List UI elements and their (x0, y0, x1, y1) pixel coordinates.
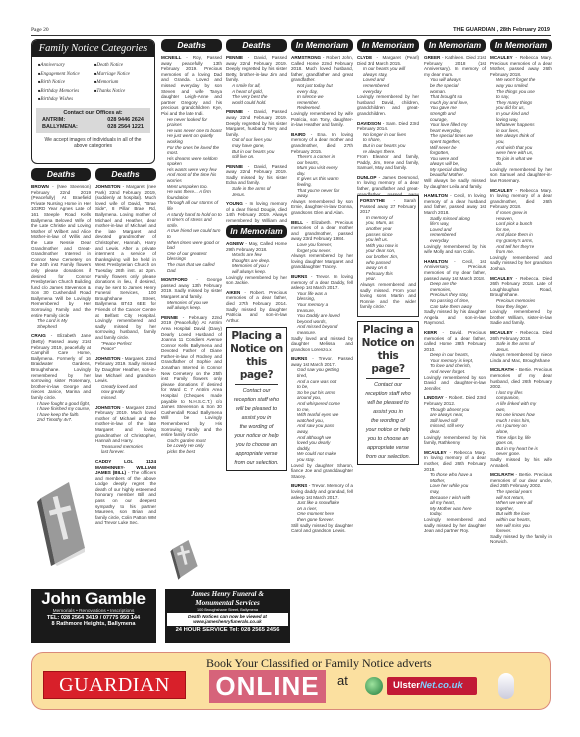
notice-body: BURNS - Trevor. Passed away 1st March 20… (291, 356, 353, 367)
deceased-name: DAVIDSON (357, 121, 381, 126)
notice-signoff: Lovingly remembered by son David and dau… (424, 375, 486, 392)
deceased-name: KERR (424, 330, 437, 335)
placing-body-line: appropriate verse (229, 450, 284, 459)
verse-line: He just went on quietly working (167, 133, 222, 144)
notice-body: MCAULEY - Rebecca. Died 26th February 20… (490, 330, 552, 341)
notice-body: JOHNSTON - Margaret (nee Park) 22nd Febr… (95, 184, 156, 341)
placing-title: this page? (229, 356, 284, 382)
section-header-deaths: Deaths (95, 168, 156, 181)
deceased-name: GREER (424, 55, 440, 60)
placing-body-line: the wording of (229, 423, 284, 432)
notice-entry: BAIRD - Ena. In loving memory of a dear … (291, 132, 353, 216)
notice-body: MCNEILL - Roy, Passed away peacefully 13… (161, 55, 222, 117)
notice-signoff: Sadly missed by his daughter Angela and … (424, 309, 486, 326)
guardian-online-banner[interactable]: Book Your Classified or Family Notice ad… (31, 652, 551, 710)
notice-verse: Memories of you wewill always keep. (161, 300, 222, 311)
notice-entry: PENNIE - David, Passed away 22nd Februar… (226, 55, 287, 105)
placing-notice-box: Placing aNotice onthis page?Contact ourr… (226, 327, 287, 471)
ulsternet-logo: UlsterNet.co.uk (387, 677, 477, 695)
notice-entry: MONTFORD - George passed away 13th Febru… (161, 277, 222, 311)
deceased-name: LINDSAY (424, 395, 444, 400)
section-header-deaths: Deaths (31, 168, 91, 181)
placing-body-line: you to choose an (229, 441, 284, 450)
deceased-name: MCAULEY (490, 55, 513, 60)
office-antrim: ANTRIM:028 9446 2624 (42, 117, 144, 124)
categories-title: Family Notice Categories (32, 40, 154, 57)
category-marriage[interactable]: Marriage Notice (94, 70, 150, 79)
placing-body-line: assist you in (360, 408, 416, 417)
advertiser-phone: 24 HOUR SERVICE Tel: 028 2565 2456 (165, 627, 290, 633)
notice-body: FORSYTHE - Sarah Passed away 27 February… (360, 198, 416, 215)
deceased-name: JOHNSTON (95, 356, 120, 361)
notice-entry: FORSYTHE - Sarah Passed away 27 February… (360, 198, 416, 310)
notice-entry: DAVIDSON - Sam. Died 23rd February 2014.… (357, 121, 419, 171)
deceased-name: MONTFORD (161, 277, 188, 282)
office-ballymena: BALLYMENA:028 2564 1221 (42, 124, 144, 131)
notice-verse: In memory ofyou, Mum, asanother yearpass… (360, 215, 416, 282)
notice-body: BAIRD - Ena. In loving memory of a dear … (291, 132, 353, 154)
deaths-column-3: Deaths MCNEILL - Roy, Passed away peacef… (161, 39, 222, 584)
advertiser-subtitle: Monumental Services (165, 598, 290, 607)
notice-verse: In our hearts you willalways stay,Loved … (357, 66, 419, 94)
verse-line: Jesus. (232, 192, 287, 198)
notice-verse: God saw you gettingtired,And a cure was … (291, 367, 353, 462)
notice-entry: PENNIE - February 22nd 2019 (Peacefully)… (161, 315, 222, 455)
placing-notice-box: Placing aNotice onthis page?Contact ourr… (357, 321, 419, 465)
notice-verse: Greatly loved andnow greatlymissed. (95, 384, 156, 401)
verse-line: I have fought a good fight, I have finis… (37, 401, 91, 418)
notice-entry: ARMSTRONG - Robert John, Called Home 22n… (291, 55, 353, 128)
deceased-name: CRAIG (31, 333, 46, 338)
verse-line: The man that we called Dad. (167, 262, 222, 273)
notice-body: BROWN - (Nee Steenson) February 22nd 201… (31, 184, 91, 318)
at-label: at (337, 673, 348, 688)
family-notice-categories: Family Notice Categories Anniversary Dea… (31, 39, 155, 164)
notice-verse: Deep in our hearts,Your memory is kept,T… (424, 352, 486, 374)
notice-entry: MCAULEY - Rebecca Mary. In loving memory… (424, 450, 486, 534)
deceased-name: YOUNG (226, 201, 243, 206)
placing-title: Notice on (229, 343, 284, 356)
notice-entry: GREER - Kathleen. Died 21st February 201… (424, 55, 486, 189)
notice-body: PENNIE - David, Passed away 22nd Februar… (226, 109, 287, 137)
verse-line: He was there... A firm foundation (167, 189, 222, 200)
notice-verse: Words are fewthoughts are deep.Memories … (226, 252, 287, 274)
bible-cross-icon (164, 532, 204, 582)
notice-body: MCILRATH - Bertie. Precious memories of … (490, 367, 552, 389)
notice-body: LINDSAY - Robert. Died 23rd February 201… (424, 395, 486, 406)
notice-verse: If roses grew inHeaven,Lord pick a bunch… (490, 210, 552, 255)
john-gamble-ad[interactable]: John Gamble Memorials • Renovations • In… (31, 589, 156, 643)
notice-signoff: Sadly missed by his wife Annabell. (490, 457, 552, 468)
notice-entry: JOHNSTON - Margaret (nee Park) 22nd Febr… (95, 184, 156, 352)
deceased-name: HAMILTON (424, 193, 448, 198)
notice-verse: To those who have aMother,Love her while… (424, 472, 486, 517)
notice-entry: AIKEN - Robert. Precious memories of a d… (226, 290, 287, 324)
advertiser-name: John Gamble (31, 589, 156, 609)
notice-text: - Elizabeth Jane (Betty) Passed away 21s… (31, 333, 91, 400)
header-rule (31, 35, 551, 36)
deceased-name: MCAULEY (424, 450, 447, 455)
notice-verse: A smile for all,A heart of gold,The very… (226, 83, 287, 105)
notice-entry: BELL - Elizabeth. Precious memories of a… (291, 220, 353, 270)
verse-line: Through all our storms of life (167, 200, 222, 211)
deaths-column-4: Deaths PENNIE - David, Passed away 22nd … (226, 39, 287, 587)
deceased-name: FORSYTHE (360, 198, 385, 203)
notice-verse: Safe in the arms ofJesus. (226, 186, 287, 197)
notice-verse: You will alwaysbe the specialwoman.That … (424, 77, 486, 178)
category-engagement[interactable]: Engagement Notice (38, 70, 94, 79)
category-birth[interactable]: Birth Notice (38, 78, 94, 87)
deceased-name: JOHNSTON (95, 184, 120, 189)
notice-signoff: Lovingly remembered by her son Samuel an… (490, 167, 552, 184)
placing-body-line: Contact our (360, 381, 416, 390)
page-number: Page 20 (31, 27, 49, 33)
notice-verse: Sadly missed alonglife's way,Loved andre… (424, 216, 486, 244)
category-birthday-memories[interactable]: Birthday Memories (38, 87, 94, 96)
notice-body: PENNIE - February 22nd 2019 (Peacefully)… (161, 315, 222, 438)
computer-mouse-icon (498, 673, 514, 699)
notice-body: KERR - David. Precious memories of a dea… (424, 330, 486, 352)
category-death-notice[interactable]: Death Notice (94, 61, 150, 70)
deceased-name: JOHNSTON (95, 405, 120, 410)
notice-entry: AGNEW - May, Called Home 29th February 2… (226, 241, 287, 286)
notice-signoff: Lovingly remembered by his wife Molly an… (424, 244, 486, 255)
notice-body: CRAIG - Elizabeth Jane (Betty) Passed aw… (31, 333, 91, 400)
placing-body-line: your notice or help (360, 426, 416, 435)
advertiser-services: Memorials • Renovations • Inscriptions (31, 609, 156, 614)
deceased-name: BURNS (291, 483, 307, 488)
verse-line: missed. (101, 395, 156, 401)
notice-body: MONTFORD - George passed away 13th Febru… (161, 277, 222, 299)
masthead: THE GUARDIAN , 28th February 2019 (453, 27, 550, 33)
notice-verse: God's garden mustbe Lovely He onlypicks … (161, 438, 222, 455)
notice-entry: MCILRATH - Bertie. Precious memories of … (490, 367, 552, 468)
notice-body: HAMILTON - Cecil, In loving memory of a … (424, 193, 486, 215)
advertiser-address: 8 Rathmore Heights, Ballymena (31, 621, 156, 627)
notice-body: JOHNSTON - Margaret 22nd February 2019. … (95, 405, 156, 444)
notice-verse: "Peace PerfectPeace" (95, 341, 156, 352)
deceased-name: HAMILTON (424, 259, 448, 264)
verse-line: still live on. (232, 154, 287, 160)
section-header-in-memoriam: In Memoriam (424, 39, 486, 52)
placing-title: Placing a (360, 324, 416, 337)
deceased-name: BAIRD (291, 132, 306, 137)
notice-entry: BURNS - Trevor. In loving memory of a de… (291, 274, 353, 352)
notice-signoff: Lovingly remembered by his family, Rathk… (424, 435, 486, 446)
notice-body: YOUNG - In loving memory of a dear frien… (226, 201, 287, 225)
notice-verse: I have fought a good fight, I have finis… (31, 401, 91, 423)
placing-body-line: appropriate verse (360, 444, 416, 453)
notice-signoff: Loved by daughter Sharon, fiance Joe and… (291, 463, 353, 480)
notice-body: BURNS - Trevor. Memory of a loving daddy… (291, 483, 353, 500)
notice-signoff: Always remembered by her loving daughter… (291, 253, 353, 270)
verse-line: Shepherd (37, 324, 91, 330)
memoriam-column-5: In Memoriam ARMSTRONG - Robert John, Cal… (291, 39, 353, 629)
notice-entry: JOHNSTON - Margaret. 22nd February 2019.… (95, 356, 156, 401)
notice-signoff: Lovingly remembered and sadly missed by … (424, 517, 486, 534)
deceased-name: MCILRATH (490, 472, 514, 477)
placing-divider (366, 378, 410, 379)
deceased-name: BURNS (291, 356, 307, 361)
placing-body-line: will be pleased to (360, 399, 416, 408)
notice-signoff: Lovingly remembered by her son Jackie. (226, 275, 287, 286)
death-notices-online: Death Notices can now be viewed at www.j… (167, 613, 288, 626)
notice-body: HAMILTON - Cecil, 1st Anniversary. Preci… (424, 259, 486, 281)
notice-body: BELL - Elizabeth. Precious memories of a… (291, 220, 353, 242)
notice-verse: No longer in our livesto share,But in ou… (357, 132, 419, 154)
notice-text: - Robert. Precious memories of a dear fa… (226, 290, 287, 323)
globe-icon (365, 677, 383, 695)
section-header-in-memoriam: In Memoriam (291, 39, 353, 52)
notice-text: - Margaret 22nd February 2019. Much love… (95, 405, 156, 444)
notice-verse: I lost my lifescompanion,A life linked w… (490, 390, 552, 457)
notice-entry: LINDSAY - Robert. Died 23rd February 201… (424, 395, 486, 445)
notice-body: AGNEW - May, Called Home 29th February 2… (226, 241, 287, 252)
placing-body-line: reception staff who (360, 390, 416, 399)
memoriam-column-8: In Memoriam MCAULEY - Rebecca Mary. Prec… (490, 39, 552, 639)
placing-body-line: you to choose an (360, 435, 416, 444)
notice-signoff: Sadly loved and missed by daughter Melis… (291, 336, 353, 353)
deceased-name: BELL (291, 220, 303, 225)
verse-line: For the ones he loved the most. (167, 145, 222, 156)
notice-entry: MCAULEY - Rebecca. Died 26th February 20… (490, 276, 552, 326)
notice-signoff: Lovingly remembered by her husband David… (357, 94, 419, 116)
notice-signoff: Lovingly remembered by brother William, … (490, 309, 552, 326)
deceased-name: DUNLOP (357, 175, 376, 180)
category-anniversary[interactable]: Anniversary (38, 61, 94, 70)
notice-verse: We won't forget theway you smiled.The th… (490, 77, 552, 167)
deceased-name: PENNIE (226, 55, 243, 60)
notice-entry: BURNS - Trevor. Passed away 1st March 20… (291, 356, 353, 479)
deaths-column-2: Deaths JOHNSTON - Margaret (nee Park) 22… (95, 168, 156, 588)
category-birthday-wishes[interactable]: Birthday Wishes (38, 95, 94, 104)
notice-signoff: Sadly missed by the family in Norwich. (490, 534, 552, 545)
office-name: ANTRIM: (42, 117, 65, 124)
office-phone[interactable]: 028 9446 2624 (107, 117, 144, 124)
notice-entry: CLYDE - Margaret (Pearl) Died 3rd March … (357, 55, 419, 117)
placing-body-line: will be pleased to (229, 405, 284, 414)
notice-body: DUNLOP - James Desmond, In loving memory… (357, 175, 419, 195)
net-text: Net.co.uk (420, 680, 463, 691)
notice-entry: BURNS - Trevor. Memory of a loving daddy… (291, 483, 353, 533)
placing-title: this page? (360, 350, 416, 376)
deceased-name: BURNS (291, 274, 307, 279)
guardian-logo: GUARDIAN (43, 671, 186, 699)
verse-line: world could hold. (232, 100, 287, 106)
notice-text: - Roy, Passed away peacefully 13th Febru… (161, 55, 222, 116)
advertiser-name: James Henry Funeral & (165, 589, 290, 598)
memoriam-column-6: In Memoriam CLYDE - Margaret (Pearl) Die… (357, 39, 419, 639)
notice-body: MCILRATH - Bertie. Precious memories of … (490, 472, 552, 489)
notice-text: - (Nee Steenson) February 22nd 2019 (Pea… (31, 184, 91, 318)
notice-verse: Not just today butevery day,In silence w… (291, 83, 353, 111)
notice-entry: MCAULEY - Rebecca Mary. Precious memorie… (490, 55, 552, 184)
placing-divider (235, 384, 278, 385)
verse-line: And most of the time his worries (167, 172, 222, 183)
category-thanks[interactable]: Thanks Notice (94, 87, 150, 96)
notice-entry: PENNIE - David, Passed away 22nd Februar… (226, 109, 287, 159)
notice-body: MCAULEY - Rebecca Mary. In loving memory… (490, 188, 552, 210)
verse-line: He never looked for praises (167, 117, 222, 128)
verse-line: last forever. (101, 449, 156, 455)
notice-verse: Your life was ablessing,Your memory atre… (291, 291, 353, 336)
placing-body-line: the wording of (360, 417, 416, 426)
notice-signoff: Will always be sadly missed by daughter … (424, 178, 486, 189)
deceased-name: MCNEILL (161, 55, 181, 60)
forsythe-boxed-notice: FORSYTHE - Sarah Passed away 27 February… (357, 195, 419, 317)
notice-verse: The Lord is MyShepherd (31, 318, 91, 329)
section-header-in-memoriam: In Memoriam (357, 39, 419, 52)
notice-body: DAVIDSON - Sam. Died 23rd February 2014. (357, 121, 419, 132)
verse-line: In time's of stress and strife. (167, 217, 222, 228)
notice-verse: Treasured memorieslast forever. (95, 444, 156, 455)
notice-entry: MCILRATH - Bertie. Precious memories of … (490, 472, 552, 545)
placing-body-line: assist you in (229, 414, 284, 423)
notice-signoff: From Eleanor and family, Paddy, Jim, Ire… (357, 154, 419, 171)
category-memorium[interactable]: Memorium (94, 78, 150, 87)
office-phone[interactable]: 028 2564 1221 (107, 124, 144, 131)
deceased-name: MCILRATH (490, 367, 514, 372)
accept-images-note: We accept images of individuals in all o… (32, 135, 154, 152)
notice-verse: Love you forever,forget you never. (291, 242, 353, 253)
ulster-text: Ulster (393, 680, 420, 691)
notice-entry: DUNLOP - James Desmond, In loving memory… (357, 175, 419, 195)
website-link[interactable]: www.jameshenryfunerals.co.uk (167, 619, 288, 624)
advertiser-address: 100 Broughshane Street, Ballymena (165, 608, 290, 612)
notice-signoff: Always remembered by son Ernie, daughter… (291, 199, 353, 216)
categories-list: Anniversary Death Notice Engagement Noti… (32, 57, 154, 106)
james-henry-ad[interactable]: James Henry Funeral & Monumental Service… (165, 589, 290, 643)
deceased-name: MCAULEY (490, 330, 513, 335)
deaths-column-1: Deaths BROWN - (Nee Steenson) February 2… (31, 168, 91, 478)
notice-entry: HAMILTON - Cecil, In loving memory of a … (424, 193, 486, 255)
contact-title: Contact our Offices at: (42, 110, 144, 116)
verse-line: will always keep. (167, 305, 222, 311)
notice-entry: HAMILTON - Cecil, 1st Anniversary. Preci… (424, 259, 486, 326)
placing-body-line: from our selection. (229, 459, 284, 468)
online-label: ONLINE (209, 670, 326, 703)
notice-body: PENNIE - David, Passed away 22nd Februar… (226, 55, 287, 83)
notice-signoff: Always remembered and sadly missed. From… (360, 282, 416, 310)
notice-body: ARMSTRONG - Robert John, Called Home 22n… (291, 55, 353, 83)
notice-verse: Out of our lives youmay have gone,But in… (226, 137, 287, 159)
office-name: BALLYMENA: (42, 124, 78, 131)
verse-line: One of our greatest blessings (167, 251, 222, 262)
notice-entry: JOHNSTON - Margaret 22nd February 2019. … (95, 405, 156, 455)
verse-line: His dreams were seldom spoken (167, 156, 222, 167)
deceased-name: AGNEW (226, 241, 244, 246)
notice-body: CADDY LOL 1124 MAWHINNEY- WILLIAM JAMES … (95, 459, 156, 526)
notice-verse: There's a corner inour hearts,Mum you vi… (291, 154, 353, 199)
notice-body: PENNIE - David, Passed away 22nd Februar… (226, 164, 287, 186)
notice-body: JOHNSTON - Margaret. 22nd February 2019.… (95, 356, 156, 384)
deceased-name: CLYDE (357, 55, 372, 60)
notice-verse: Just like a snowflakeon a river,One mome… (291, 500, 353, 522)
notice-entry: KERR - David. Precious memories of a dea… (424, 330, 486, 392)
deceased-name: AIKEN (226, 290, 240, 295)
notice-body: MCAULEY - Rebecca Mary. In loving memory… (424, 450, 486, 472)
notice-entry: PENNIE - David, Passed away 22nd Februar… (226, 164, 287, 198)
notice-verse: Deep are thememories,Precious they stay,… (424, 281, 486, 309)
placing-body-line: from our selection. (360, 453, 416, 462)
notice-body: MCAULEY - Rebecca. Died 26th February 20… (490, 276, 552, 298)
deceased-name: PENNIE (226, 164, 243, 169)
notice-verse: He never looked for praisesHe was never … (161, 117, 222, 274)
verse-line: A true friend we could turn to (167, 228, 222, 239)
notice-entry: CRAIG - Elizabeth Jane (Betty) Passed aw… (31, 333, 91, 423)
deceased-name: PENNIE (226, 109, 243, 114)
verse-line: When times were good or bad (167, 240, 222, 251)
verse-line: 2nd Timothy 4v7. (37, 417, 91, 423)
notice-body: GREER - Kathleen. Died 21st February 201… (424, 55, 486, 77)
memoriam-column-7: In Memoriam GREER - Kathleen. Died 21st … (424, 39, 486, 639)
notice-signoff: Still sadly missed by daughter Carol and… (291, 523, 353, 534)
notice-signoff: Always remembered by niece Linda and Mac… (490, 352, 552, 363)
notice-verse: Though absent youare always near,Still l… (424, 407, 486, 435)
deceased-name: MCAULEY (490, 276, 513, 281)
notice-body: AIKEN - Robert. Precious memories of a d… (226, 290, 287, 324)
notice-signoff: Lovingly remembered and sadly missed by … (490, 255, 552, 272)
notice-entry: MCAULEY - Rebecca. Died 26th February 20… (490, 330, 552, 364)
notice-text: - The officers and members of the above … (95, 470, 156, 525)
placing-body-line: Contact our (229, 387, 284, 396)
placing-body-line: your notice or help (229, 432, 284, 441)
placing-title: Placing a (229, 330, 284, 343)
notice-entry: YOUNG - In loving memory of a dear frien… (226, 201, 287, 225)
section-header-deaths: Deaths (226, 39, 287, 52)
contact-offices: Contact our Offices at: ANTRIM:028 9446 … (36, 108, 150, 133)
notice-body: BURNS - Trevor. In loving memory of a de… (291, 274, 353, 291)
placing-title: Notice on (360, 337, 416, 350)
deceased-name: MCAULEY (490, 188, 513, 193)
verse-line: picks the best (167, 449, 222, 455)
notice-entry: MCAULEY - Rebecca Mary. In loving memory… (490, 188, 552, 272)
notice-entry: CADDY LOL 1124 MAWHINNEY- WILLIAM JAMES … (95, 459, 156, 526)
notice-text: - February 22nd 2019 (Peacefully) At Ant… (161, 315, 222, 437)
notice-verse: Safe in the arms ofJesus. (490, 341, 552, 352)
bible-cross-icon (35, 478, 87, 566)
notice-verse: Precious memorieshow they linger. (490, 298, 552, 309)
verse-line: Peace" (101, 346, 156, 352)
section-header-in-memoriam: In Memoriam (226, 225, 287, 238)
deceased-name: PENNIE (161, 315, 178, 320)
notice-body: CLYDE - Margaret (Pearl) Died 3rd March … (357, 55, 419, 66)
notice-entry: MCNEILL - Roy, Passed away peacefully 13… (161, 55, 222, 273)
notice-entry: BROWN - (Nee Steenson) February 22nd 201… (31, 184, 91, 329)
deceased-name: BROWN (31, 184, 49, 189)
notice-body: MCAULEY - Rebecca Mary. Precious memorie… (490, 55, 552, 77)
section-header-in-memoriam: In Memoriam (490, 39, 552, 52)
notice-text: - Margaret (nee Park) 22nd February 2019… (95, 184, 156, 340)
section-header-deaths: Deaths (161, 39, 222, 52)
placing-body-line: reception staff who (229, 396, 284, 405)
notice-signoff: Lovingly remembered by wife Patricia, so… (291, 111, 353, 128)
notice-verse: The special yearswill not return,When we… (490, 489, 552, 534)
banner-headline: Book Your Classified or Family Notice ad… (206, 656, 432, 671)
deceased-name: ARMSTRONG (291, 55, 321, 60)
